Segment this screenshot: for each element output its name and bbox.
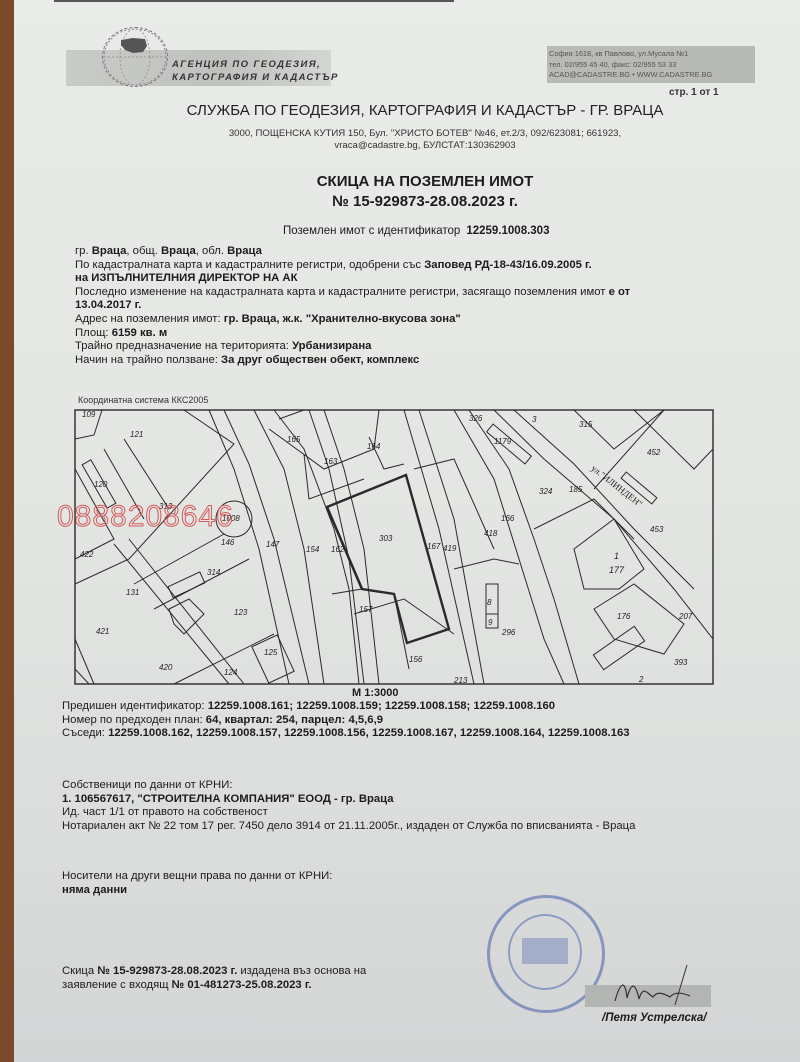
purpose-line: Трайно предназначение на територията: Ур… bbox=[75, 340, 755, 354]
approval-line: По кадастралната карта и кадастралните р… bbox=[75, 259, 755, 273]
page-number: стр. 1 от 1 bbox=[669, 87, 719, 98]
identifier-label: Поземлен имот с идентификатор bbox=[283, 225, 460, 237]
agency-address-line: София 1618, кв Павлово, ул.Мусала №1 bbox=[547, 49, 755, 60]
svg-text:2: 2 bbox=[638, 675, 644, 684]
svg-text:125: 125 bbox=[264, 648, 278, 657]
usage-line: Начин на трайно ползване: За друг общест… bbox=[75, 354, 755, 368]
svg-text:1179: 1179 bbox=[494, 437, 512, 446]
svg-text:164: 164 bbox=[367, 442, 381, 451]
svg-text:165: 165 bbox=[287, 435, 301, 444]
location-line: гр. Враца, общ. Враца, обл. Враца bbox=[75, 245, 755, 259]
municipality-prefix: , общ. bbox=[126, 245, 157, 257]
svg-text:296: 296 bbox=[501, 628, 516, 637]
phone-watermark: 0888208646 bbox=[57, 500, 234, 534]
office-address-line1: 3000, ПОЩЕНСКА КУТИЯ 150, Бул. "ХРИСТО Б… bbox=[50, 128, 800, 140]
identifier-line: Поземлен имот с идентификатор12259.1008.… bbox=[283, 225, 549, 237]
svg-text:154: 154 bbox=[306, 545, 320, 554]
svg-text:120: 120 bbox=[94, 480, 108, 489]
svg-text:157: 157 bbox=[359, 605, 373, 614]
last-change-connector: е от bbox=[609, 286, 631, 298]
svg-text:315: 315 bbox=[579, 420, 593, 429]
svg-text:303: 303 bbox=[379, 534, 393, 543]
globe-logo-icon bbox=[102, 27, 168, 87]
signer-name: /Петя Устрелска/ bbox=[602, 1012, 706, 1024]
other-rights-heading: Носители на други вещни права по данни о… bbox=[62, 870, 762, 884]
svg-text:452: 452 bbox=[647, 448, 661, 457]
location-prefix: гр. bbox=[75, 245, 89, 257]
owner-entry: 1. 106567617, "СТРОИТЕЛНА КОМПАНИЯ" ЕООД… bbox=[62, 793, 394, 805]
municipality: Враца bbox=[161, 245, 196, 257]
owners-section: Собственици по данни от КРНИ: 1. 1065676… bbox=[62, 779, 762, 833]
svg-text:185: 185 bbox=[569, 485, 583, 494]
coordinate-system: Координатна система ККС2005 bbox=[78, 395, 208, 405]
svg-text:207: 207 bbox=[678, 612, 693, 621]
purpose-label: Трайно предназначение на територията: bbox=[75, 340, 289, 352]
region: Враца bbox=[227, 245, 262, 257]
approval-by-text: на ИЗПЪЛНИТЕЛНИЯ ДИРЕКТОР НА АК bbox=[75, 272, 298, 284]
svg-text:453: 453 bbox=[650, 525, 664, 534]
document-title: СКИЦА НА ПОЗЕМЛЕН ИМОТ № 15-929873-28.08… bbox=[0, 172, 800, 212]
city: Враца bbox=[92, 245, 127, 257]
issuance-basis: издадена въз основа на bbox=[240, 965, 366, 977]
notary-deed: Нотариален акт № 22 том 17 рег. 7450 дел… bbox=[62, 820, 762, 834]
svg-text:9: 9 bbox=[488, 618, 493, 627]
issuance-number: № 15-929873-28.08.2023 г. bbox=[97, 965, 237, 977]
parcel-labels: 109121120 3131008422 131146147 154162303… bbox=[80, 410, 693, 685]
issuance-note: Скица № 15-929873-28.08.2023 г. издадена… bbox=[62, 965, 462, 992]
usage-label: Начин на трайно ползване: bbox=[75, 354, 218, 366]
agency-name-line1: Агенция по геодезия, bbox=[172, 58, 339, 71]
svg-text:147: 147 bbox=[266, 540, 280, 549]
identifier-value: 12259.1008.303 bbox=[466, 225, 549, 237]
svg-text:131: 131 bbox=[126, 588, 139, 597]
svg-text:124: 124 bbox=[224, 668, 238, 677]
area-value: 6159 кв. м bbox=[112, 327, 168, 339]
previous-identifiers: Предишен идентификатор: 12259.1008.161; … bbox=[62, 700, 762, 741]
owners-heading: Собственици по данни от КРНИ: bbox=[62, 779, 762, 793]
svg-text:123: 123 bbox=[234, 608, 248, 617]
svg-text:146: 146 bbox=[221, 538, 235, 547]
svg-text:3: 3 bbox=[532, 415, 537, 424]
prev-id-label: Предишен идентификатор: bbox=[62, 700, 205, 712]
office-address-line2: vraca@cadastre.bg, БУЛСТАТ:130362903 bbox=[50, 140, 800, 152]
svg-text:8: 8 bbox=[487, 598, 492, 607]
purpose-value: Урбанизирана bbox=[292, 340, 371, 352]
svg-text:1: 1 bbox=[614, 551, 619, 561]
svg-text:419: 419 bbox=[443, 544, 457, 553]
other-rights-value: няма данни bbox=[62, 884, 127, 896]
office-address: 3000, ПОЩЕНСКА КУТИЯ 150, Бул. "ХРИСТО Б… bbox=[0, 128, 800, 152]
region-prefix: , обл. bbox=[196, 245, 224, 257]
svg-text:176: 176 bbox=[617, 612, 631, 621]
svg-text:213: 213 bbox=[453, 676, 468, 685]
svg-text:421: 421 bbox=[96, 627, 109, 636]
issuance-prefix: Скица bbox=[62, 965, 94, 977]
svg-text:326: 326 bbox=[469, 414, 483, 423]
approval-label: По кадастралната карта и кадастралните р… bbox=[75, 259, 421, 271]
address-value: гр. Враца, ж.к. "Хранително-вкусова зона… bbox=[224, 313, 461, 325]
svg-text:324: 324 bbox=[539, 487, 553, 496]
document-title-text: СКИЦА НА ПОЗЕМЛЕН ИМОТ bbox=[50, 172, 800, 192]
area-line: Площ: 6159 кв. м bbox=[75, 327, 755, 341]
top-rule bbox=[54, 0, 454, 2]
svg-text:418: 418 bbox=[484, 529, 498, 538]
agency-web-line: ACAD@CADASTRE.BG • WWW.CADASTRE.BG bbox=[547, 70, 755, 81]
plan-value: 64, квартал: 254, парцел: 4,5,6,9 bbox=[206, 714, 383, 726]
signature-icon bbox=[595, 963, 705, 1008]
agency-phone-line: тел. 02/955 45 40, факс: 02/955 53 33 bbox=[547, 60, 755, 71]
svg-text:422: 422 bbox=[80, 550, 94, 559]
last-change-label: Последно изменение на кадастралната карт… bbox=[75, 286, 605, 298]
approval-value: Заповед РД-18-43/16.09.2005 г. bbox=[424, 259, 592, 271]
map-scale: М 1:3000 bbox=[352, 687, 398, 699]
svg-text:163: 163 bbox=[324, 457, 338, 466]
approval-by: на ИЗПЪЛНИТЕЛНИЯ ДИРЕКТОР НА АК bbox=[75, 272, 755, 286]
svg-text:156: 156 bbox=[409, 655, 423, 664]
last-change-line: Последно изменение на кадастралната карт… bbox=[75, 286, 755, 300]
svg-text:314: 314 bbox=[207, 568, 221, 577]
svg-text:166: 166 bbox=[501, 514, 515, 523]
owner-share: Ид. част 1/1 от правото на собственост bbox=[62, 806, 762, 820]
other-rights-section: Носители на други вещни права по данни о… bbox=[62, 870, 762, 897]
svg-text:162: 162 bbox=[331, 545, 345, 554]
address-line: Адрес на поземления имот: гр. Враца, ж.к… bbox=[75, 313, 755, 327]
neighbors-label: Съседи: bbox=[62, 727, 105, 739]
request-number: № 01-481273-25.08.2023 г. bbox=[172, 979, 312, 991]
office-title: СЛУЖБА ПО ГЕОДЕЗИЯ, КАРТОГРАФИЯ И КАДАСТ… bbox=[0, 102, 800, 119]
neighbors-value: 12259.1008.162, 12259.1008.157, 12259.10… bbox=[108, 727, 629, 739]
document-number: № 15-929873-28.08.2023 г. bbox=[50, 192, 800, 212]
agency-name: Агенция по геодезия, картография и кадас… bbox=[172, 58, 339, 84]
address-label: Адрес на поземления имот: bbox=[75, 313, 221, 325]
svg-text:420: 420 bbox=[159, 663, 173, 672]
svg-text:177: 177 bbox=[609, 565, 625, 575]
last-change-date: 13.04.2017 г. bbox=[75, 299, 141, 311]
request-label: заявление с входящ bbox=[62, 979, 169, 991]
svg-text:109: 109 bbox=[82, 410, 96, 419]
cadastral-map: 109121120 3131008422 131146147 154162303… bbox=[74, 409, 714, 685]
usage-value: За друг обществен обект, комплекс bbox=[221, 354, 419, 366]
agency-address-box: София 1618, кв Павлово, ул.Мусала №1 тел… bbox=[547, 46, 755, 83]
area-label: Площ: bbox=[75, 327, 109, 339]
svg-text:167: 167 bbox=[427, 542, 441, 551]
plan-label: Номер по предходен план: bbox=[62, 714, 203, 726]
svg-text:393: 393 bbox=[674, 658, 688, 667]
property-info: гр. Враца, общ. Враца, обл. Враца По кад… bbox=[75, 245, 755, 367]
prev-id-value: 12259.1008.161; 12259.1008.159; 12259.10… bbox=[208, 700, 555, 712]
agency-name-line2: картография и кадастър bbox=[172, 71, 339, 84]
svg-text:121: 121 bbox=[130, 430, 143, 439]
